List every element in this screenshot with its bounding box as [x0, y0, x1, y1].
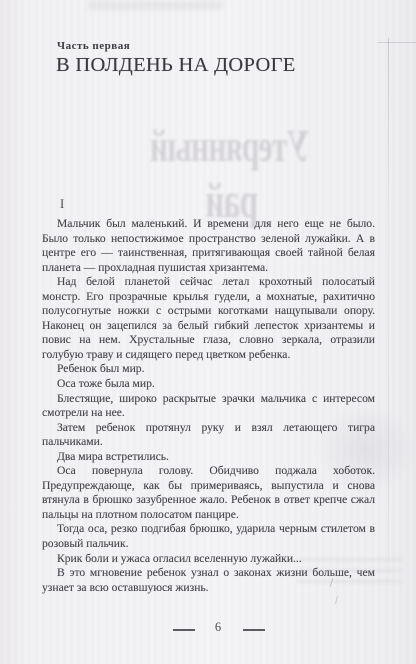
watermark-line1: Утерянный: [154, 118, 309, 174]
footer-rule-left: [173, 629, 195, 631]
paragraph: Затем ребенок протянул руку и взял летаю…: [42, 421, 375, 450]
title-showthrough-watermark: Утерянный рай: [118, 118, 346, 226]
paragraph: Два мира встретились.: [42, 450, 375, 465]
book-page: Часть первая В ПОЛДЕНЬ НА ДОРОГЕ Утерянн…: [0, 0, 416, 664]
paragraph: Мальчик был маленький. И времени для нег…: [42, 217, 375, 275]
crease-mark: [335, 596, 338, 604]
paragraph: Крик боли и ужаса огласил вселенную лужа…: [42, 552, 375, 567]
page-edge-crease-vertical: [388, 38, 389, 583]
paragraph: Над белой планетой сейчас летал крохотны…: [42, 275, 375, 362]
chapter-title: В ПОЛДЕНЬ НА ДОРОГЕ: [56, 54, 296, 77]
page-edge-crease-horizontal: [377, 42, 416, 43]
paragraph: Оса повернула голову. Обидчиво поджала х…: [42, 464, 375, 522]
body-text-column: Мальчик был маленький. И времени для нег…: [42, 217, 375, 595]
paragraph: Блестящие, широко раскрытые зрачки мальч…: [42, 392, 375, 421]
part-label: Часть первая: [57, 40, 130, 52]
section-number: I: [60, 197, 64, 212]
paragraph: В это мгновение ребенок узнал о законах …: [42, 566, 375, 595]
footer-rule-right: [243, 629, 265, 631]
page-number: 6: [206, 620, 230, 635]
paragraph: Тогда оса, резко подгибая брюшко, ударил…: [42, 522, 375, 551]
paragraph: Ребенок был мир.: [42, 362, 375, 377]
scan-smudge-top: [88, 1, 223, 10]
paragraph: Оса тоже была мир.: [42, 377, 375, 392]
